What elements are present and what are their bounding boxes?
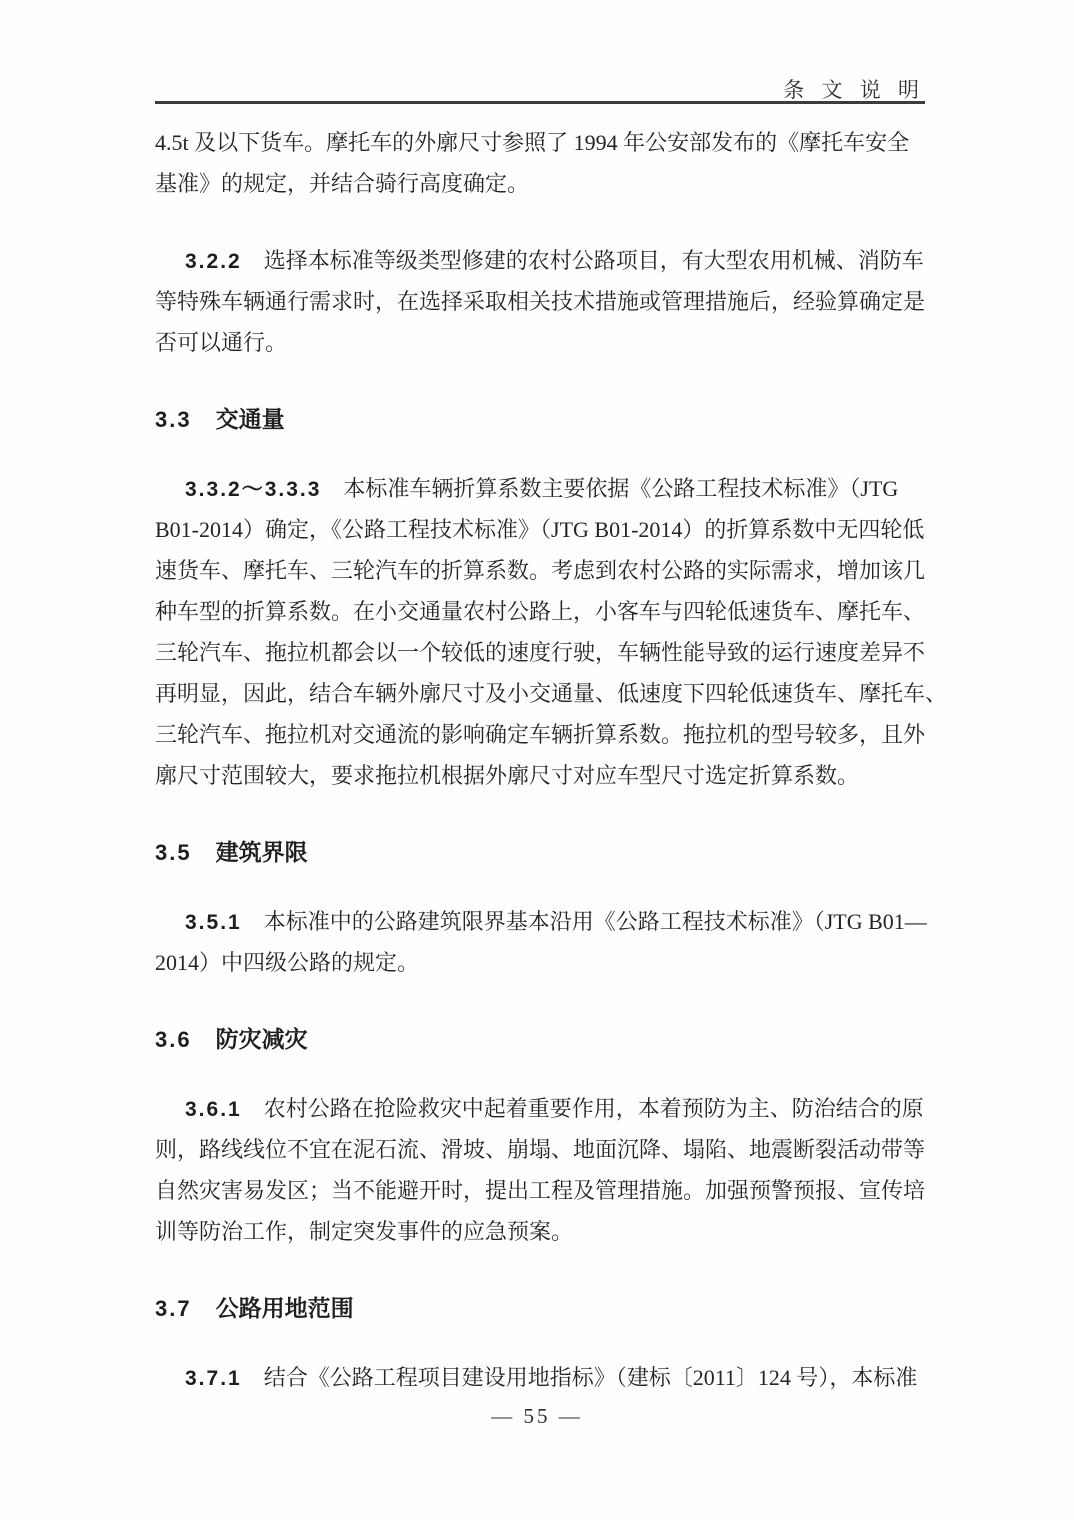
document-page: 条 文 说 明 4.5t 及以下货车。摩托车的外廓尺寸参照了 1994 年公安部…	[0, 0, 1074, 1520]
section-title: 公路用地范围	[216, 1296, 354, 1321]
paragraph: 3.7.1结合《公路工程项目建设用地指标》（建标〔2011〕124 号），本标准	[155, 1357, 927, 1398]
text-line: 3.7.1结合《公路工程项目建设用地指标》（建标〔2011〕124 号），本标准	[155, 1357, 927, 1398]
text-line: 训等防治工作，制定突发事件的应急预案。	[155, 1211, 927, 1252]
section-number: 3.3	[155, 407, 192, 432]
paragraph: 3.6.1农村公路在抢险救灾中起着重要作用，本着预防为主、防治结合的原则，路线线…	[155, 1088, 927, 1252]
clause-text: 结合《公路工程项目建设用地指标》（建标〔2011〕124 号），本标准	[264, 1365, 918, 1390]
text-line: 等特殊车辆通行需求时，在选择采取相关技术措施或管理措施后，经验算确定是	[155, 281, 927, 322]
text-line: 3.5.1本标准中的公路建筑限界基本沿用《公路工程技术标准》（JTG B01—	[155, 901, 927, 942]
section-number: 3.6	[155, 1027, 192, 1052]
section-number: 3.7	[155, 1296, 192, 1321]
text-line: 速货车、摩托车、三轮汽车的折算系数。考虑到农村公路的实际需求，增加该几	[155, 550, 927, 591]
paragraph: 4.5t 及以下货车。摩托车的外廓尺寸参照了 1994 年公安部发布的《摩托车安…	[155, 122, 927, 204]
clause-number: 3.7.1	[185, 1367, 242, 1390]
clause-text: 本标准中的公路建筑限界基本沿用《公路工程技术标准》（JTG B01—	[264, 909, 927, 934]
page-number: — 55 —	[0, 1396, 1074, 1437]
text-line: 三轮汽车、拖拉机都会以一个较低的速度行驶，车辆性能导致的运行速度差异不	[155, 632, 927, 673]
text-line: 廓尺寸范围较大，要求拖拉机根据外廓尺寸对应车型尺寸选定折算系数。	[155, 755, 927, 796]
paragraph: 3.3.2～3.3.3本标准车辆折算系数主要依据《公路工程技术标准》（JTGB0…	[155, 468, 927, 796]
section-title: 建筑界限	[216, 840, 308, 865]
clause-number: 3.3.2～3.3.3	[185, 478, 321, 501]
section-title: 交通量	[216, 407, 285, 432]
clause-text: 本标准车辆折算系数主要依据《公路工程技术标准》（JTG	[343, 476, 898, 501]
clause-text: 选择本标准等级类型修建的农村公路项目，有大型农用机械、消防车	[264, 248, 924, 273]
text-line: 种车型的折算系数。在小交通量农村公路上，小客车与四轮低速货车、摩托车、	[155, 591, 927, 632]
text-line: 自然灾害易发区；当不能避开时，提出工程及管理措施。加强预警预报、宣传培	[155, 1170, 927, 1211]
text-line: 再明显，因此，结合车辆外廓尺寸及小交通量、低速度下四轮低速货车、摩托车、	[155, 673, 927, 714]
section-heading: 3.5建筑界限	[155, 832, 927, 873]
paragraph: 3.5.1本标准中的公路建筑限界基本沿用《公路工程技术标准》（JTG B01—2…	[155, 901, 927, 983]
section-number: 3.5	[155, 840, 192, 865]
section-heading: 3.6防灾减灾	[155, 1019, 927, 1060]
clause-number: 3.2.2	[185, 250, 242, 273]
section-title: 防灾减灾	[216, 1027, 308, 1052]
section-heading: 3.7公路用地范围	[155, 1288, 927, 1329]
text-line: 三轮汽车、拖拉机对交通流的影响确定车辆折算系数。拖拉机的型号较多，且外	[155, 714, 927, 755]
text-line: 3.6.1农村公路在抢险救灾中起着重要作用，本着预防为主、防治结合的原	[155, 1088, 927, 1129]
text-line: 2014）中四级公路的规定。	[155, 942, 927, 983]
paragraph: 3.2.2选择本标准等级类型修建的农村公路项目，有大型农用机械、消防车等特殊车辆…	[155, 240, 927, 363]
running-header-title: 条 文 说 明	[155, 74, 925, 104]
text-line: 4.5t 及以下货车。摩托车的外廓尺寸参照了 1994 年公安部发布的《摩托车安…	[155, 122, 927, 163]
text-line: B01-2014）确定，《公路工程技术标准》（JTG B01-2014）的折算系…	[155, 509, 927, 550]
text-line: 否可以通行。	[155, 322, 927, 363]
document-body: 4.5t 及以下货车。摩托车的外廓尺寸参照了 1994 年公安部发布的《摩托车安…	[155, 122, 927, 1434]
text-line: 基准》的规定，并结合骑行高度确定。	[155, 163, 927, 204]
text-line: 3.3.2～3.3.3本标准车辆折算系数主要依据《公路工程技术标准》（JTG	[155, 468, 927, 509]
clause-number: 3.6.1	[185, 1098, 242, 1121]
text-line: 3.2.2选择本标准等级类型修建的农村公路项目，有大型农用机械、消防车	[155, 240, 927, 281]
section-heading: 3.3交通量	[155, 399, 927, 440]
clause-text: 农村公路在抢险救灾中起着重要作用，本着预防为主、防治结合的原	[264, 1096, 924, 1121]
text-line: 则，路线线位不宜在泥石流、滑坡、崩塌、地面沉降、塌陷、地震断裂活动带等	[155, 1129, 927, 1170]
clause-number: 3.5.1	[185, 911, 242, 934]
header-rule	[155, 101, 925, 104]
